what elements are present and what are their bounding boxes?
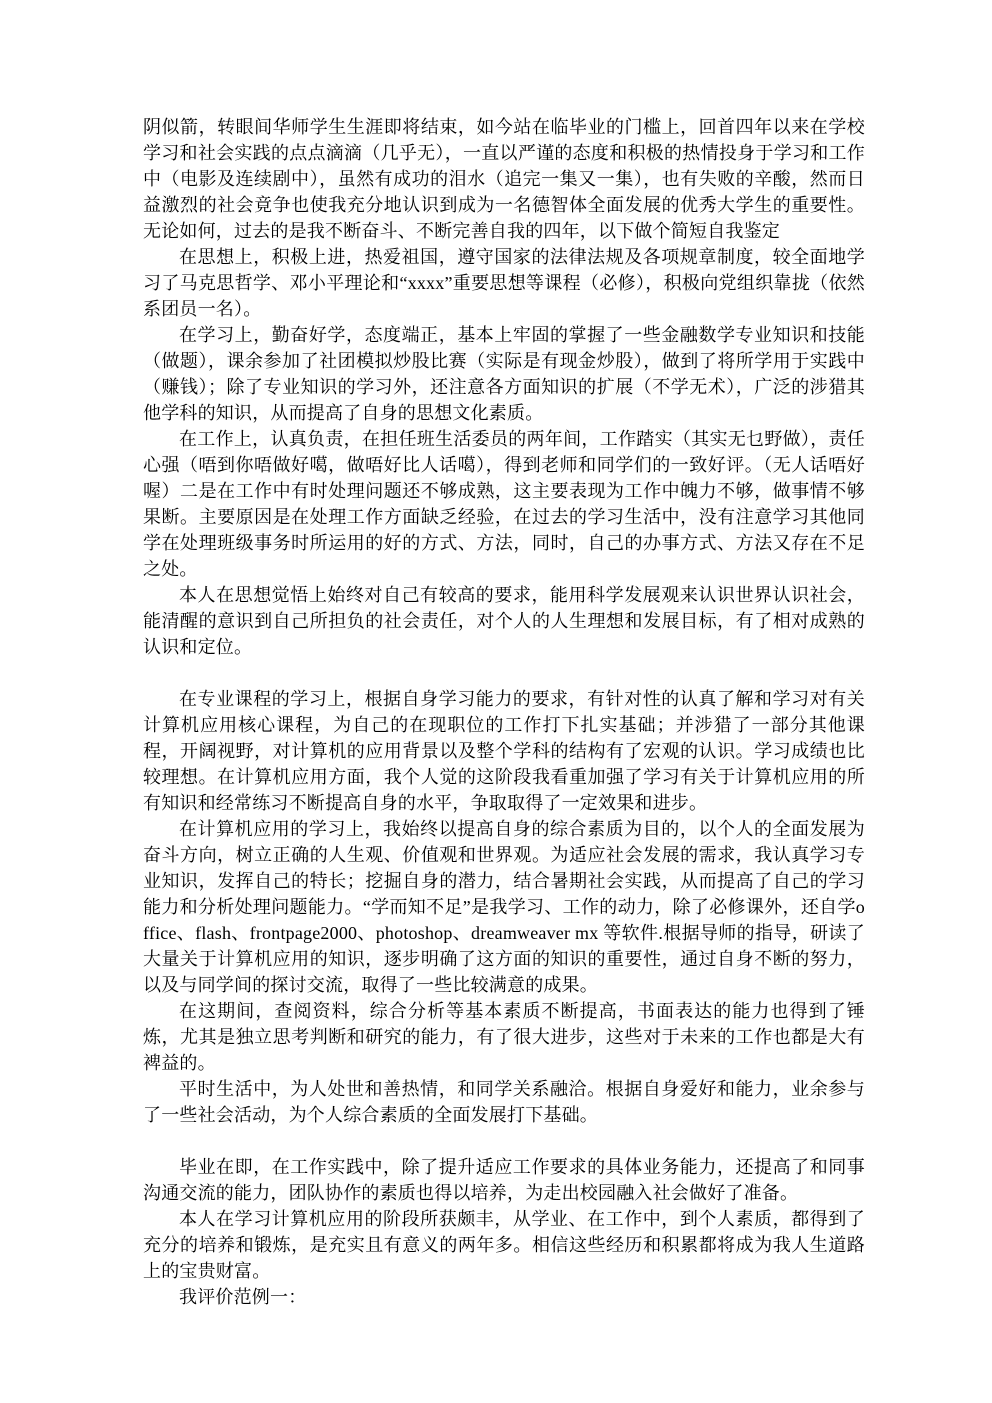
document-text-body: 阴似箭，转眼间华师学生生涯即将结束，如今站在临毕业的门槛上，回首四年以来在学校学… <box>143 114 865 1310</box>
paragraph-thought: 在思想上，积极上进，热爱祖国，遵守国家的法律法规及各项规章制度，较全面地学习了马… <box>143 244 865 322</box>
paragraph-major-courses: 在专业课程的学习上，根据自身学习能力的要求，有针对性的认真了解和学习对有关计算机… <box>143 686 865 816</box>
paragraph-graduation: 毕业在即，在工作实践中，除了提升适应工作要求的具体业务能力，还提高了和同事沟通交… <box>143 1154 865 1206</box>
paragraph-example-heading: 我评价范例一： <box>143 1284 865 1310</box>
paragraph-study: 在学习上，勤奋好学，态度端正，基本上牢固的掌握了一些金融数学专业知识和技能（做题… <box>143 322 865 426</box>
paragraph-summary: 本人在学习计算机应用的阶段所获颇丰，从学业、在工作中，到个人素质，都得到了充分的… <box>143 1206 865 1284</box>
paragraph-continuation: 阴似箭，转眼间华师学生生涯即将结束，如今站在临毕业的门槛上，回首四年以来在学校学… <box>143 114 865 244</box>
document-page: 阴似箭，转眼间华师学生生涯即将结束，如今站在临毕业的门槛上，回首四年以来在学校学… <box>0 0 992 1403</box>
blank-line <box>143 660 865 686</box>
paragraph-daily-life: 平时生活中，为人处世和善热情，和同学关系融洽。根据自身爱好和能力，业余参与了一些… <box>143 1076 865 1128</box>
paragraph-research-skills: 在这期间，查阅资料，综合分析等基本素质不断提高，书面表达的能力也得到了锤炼，尤其… <box>143 998 865 1076</box>
paragraph-awareness: 本人在思想觉悟上始终对自己有较高的要求，能用科学发展观来认识世界认识社会，能清醒… <box>143 582 865 660</box>
blank-line <box>143 1128 865 1154</box>
paragraph-work: 在工作上，认真负责，在担任班生活委员的两年间，工作踏实（其实无乜野做），责任心强… <box>143 426 865 582</box>
paragraph-computer-learning: 在计算机应用的学习上，我始终以提高自身的综合素质为目的，以个人的全面发展为奋斗方… <box>143 816 865 998</box>
